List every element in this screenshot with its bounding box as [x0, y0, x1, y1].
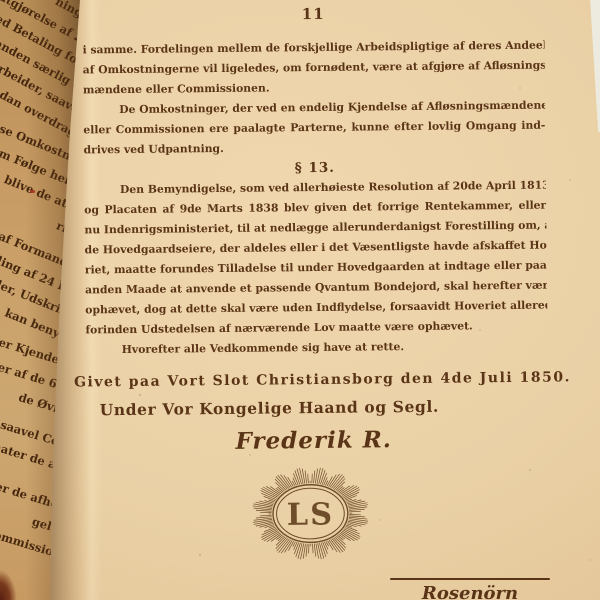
- subscription-line: Under Vor Kongelige Haand og Segl.: [38, 396, 500, 421]
- seal-monogram: LS: [287, 497, 335, 532]
- closing-line: Hvorefter alle Vedkommende sig have at r…: [86, 336, 548, 361]
- royal-signature: Frederik R.: [83, 424, 545, 459]
- page-text-column: 11 i samme. Fordelingen mellem de forskj…: [82, 2, 550, 565]
- dateline: Givet paa Vort Slot Christiansborg den 4…: [74, 368, 548, 393]
- background-sliver: [585, 0, 600, 132]
- book-cover-corner: [0, 568, 18, 600]
- signature-rule: [390, 578, 550, 580]
- page-number: 11: [82, 2, 544, 28]
- book-photo: ningGodtgjørelse af 2r ved Betaling form…: [0, 0, 600, 600]
- seal-sunburst-graphic: LS: [249, 465, 372, 562]
- red-fleck: [30, 190, 35, 193]
- countersignature-block: Rosenörn: [390, 578, 550, 600]
- countersignature: Rosenörn: [390, 584, 550, 600]
- royal-seal: LS: [249, 465, 372, 562]
- right-page: 11 i samme. Fordelingen mellem de forskj…: [50, 0, 600, 600]
